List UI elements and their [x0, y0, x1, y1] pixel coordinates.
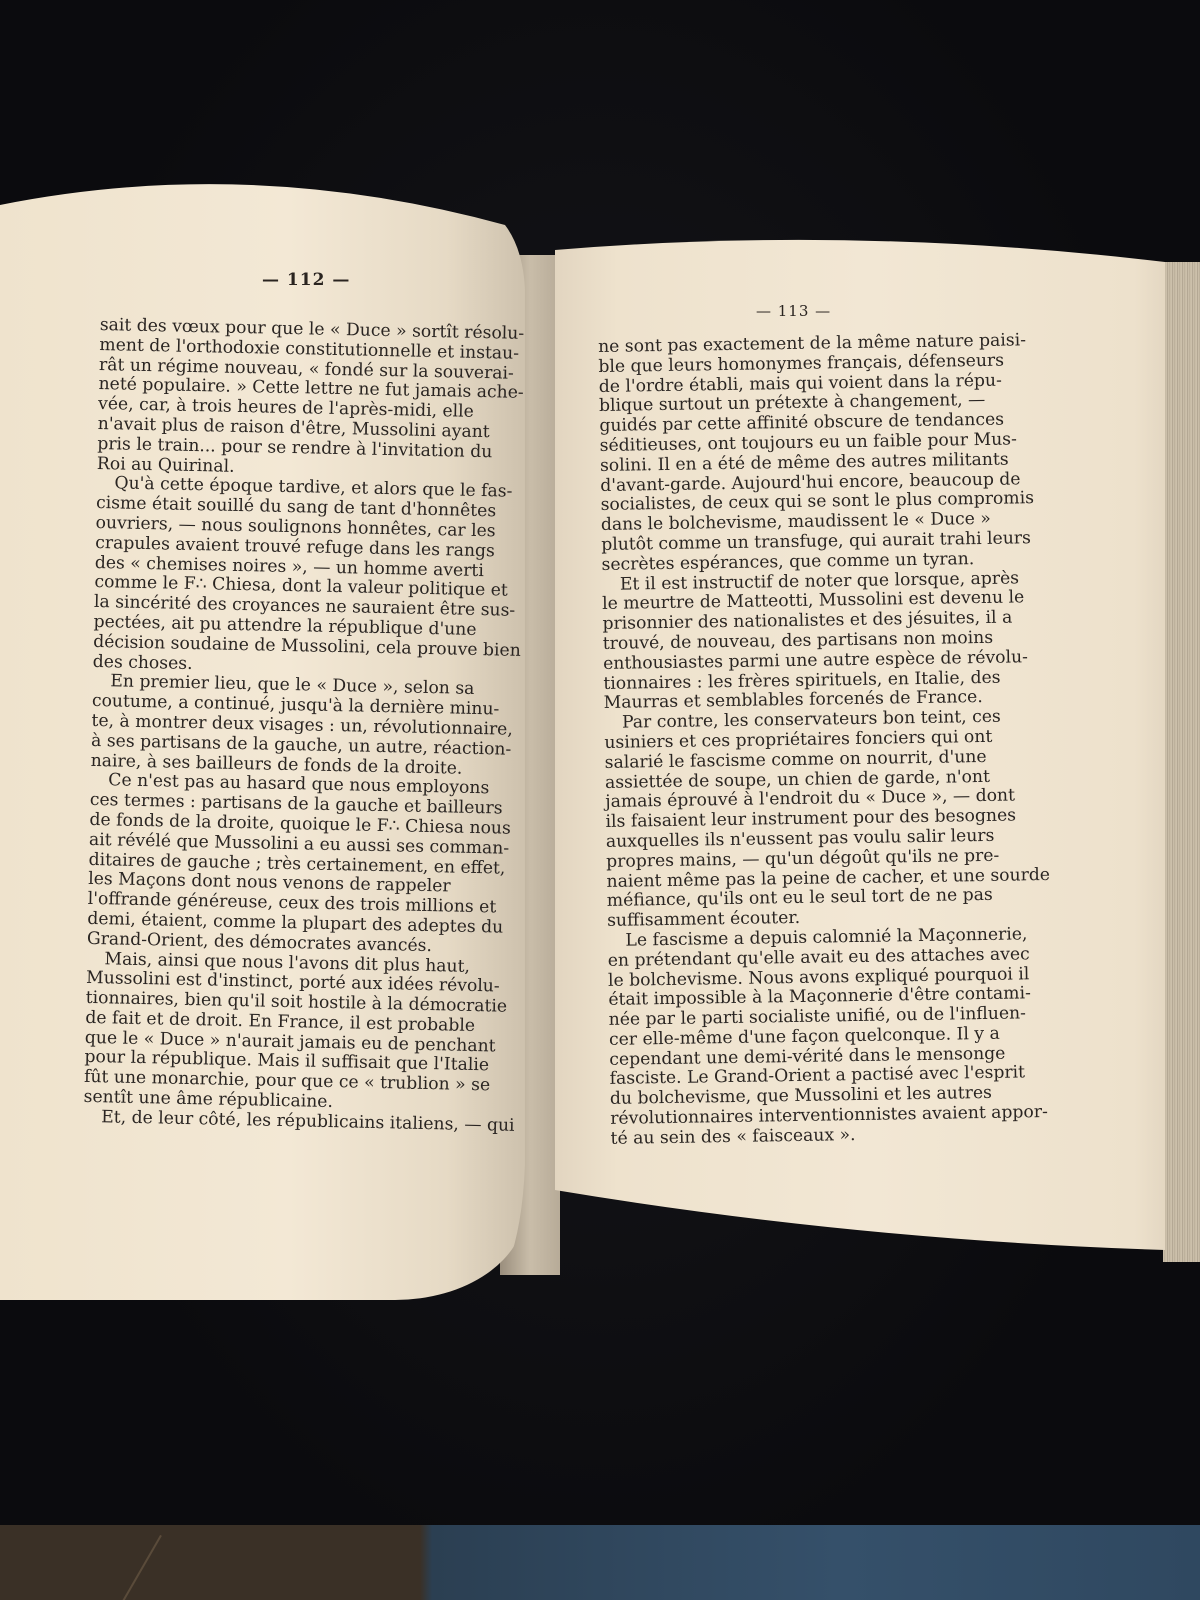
left-page-text: sait des vœux pour que le « Duce » sortî… — [83, 316, 520, 1136]
right-page-text: ne sont pas exactement de la même nature… — [598, 332, 1006, 1150]
right-page-number: — 113 — — [756, 302, 831, 320]
floor-below-table — [0, 1525, 1200, 1600]
page-edge-stack — [1163, 262, 1200, 1262]
left-page-number: — 112 — — [262, 270, 350, 290]
